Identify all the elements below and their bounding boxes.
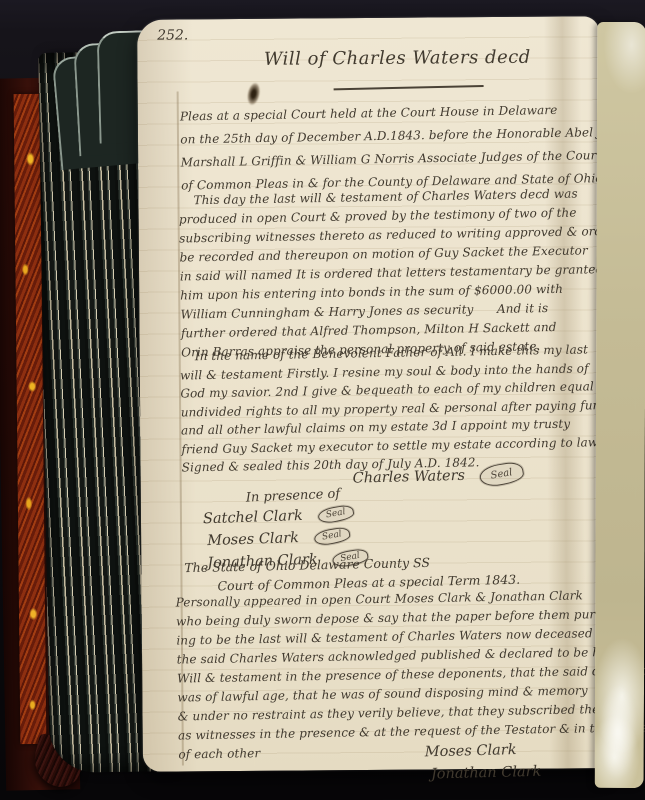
title-underline <box>334 85 484 90</box>
witness-signature-row: Moses Clark Seal <box>207 525 350 549</box>
paragraph-court-session: Pleas at a special Court held at the Cou… <box>180 98 629 198</box>
paragraph-probate-order: This day the last will & testament of Ch… <box>178 183 645 362</box>
document-page: 252. Will of Charles Waters decd Pleas a… <box>137 16 605 772</box>
wax-seal: Seal <box>317 504 355 525</box>
page-number: 252. <box>157 27 188 43</box>
wax-seal: Seal <box>313 526 351 547</box>
closing-signature: Moses Clark <box>425 742 517 760</box>
witness-signature: Moses Clark <box>207 530 299 549</box>
testator-signature: Charles Waters <box>352 468 465 487</box>
wax-seal: Seal <box>479 460 526 488</box>
document-title: Will of Charles Waters decd <box>237 47 557 71</box>
witness-heading: In presence of <box>246 487 341 506</box>
testator-signature-row: Charles Waters Seal <box>352 463 524 488</box>
witness-signature: Satchel Clark <box>203 508 303 527</box>
paragraph-witness-deposition: Personally appeared in open Court Moses … <box>176 585 645 765</box>
witness-signature-row: Satchel Clark Seal <box>203 503 354 527</box>
glare-highlight <box>592 668 644 796</box>
paragraph-will-body: In the name of the Benevolent Father of … <box>180 340 626 477</box>
closing-signature: Jonathan Clark <box>431 764 542 783</box>
photograph-background: 252. Will of Charles Waters decd Pleas a… <box>0 0 645 800</box>
